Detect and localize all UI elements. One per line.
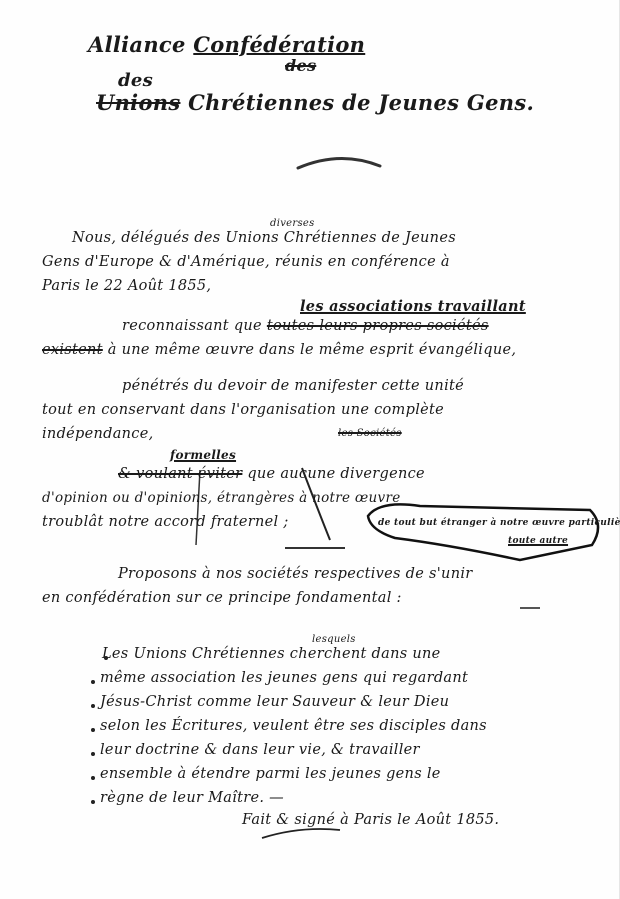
preamble-line-2: Gens d'Europe & d'Amérique, réunis en co… [42,254,450,270]
manuscript-page: Alliance Confédération des des Unions Ch… [0,0,620,899]
preamble-line-3: Paris le 22 Août 1855, [42,278,211,294]
insert-diverses: diverses [270,218,315,229]
basis-line-2: même association les jeunes gens qui reg… [100,670,468,686]
insert-associations: les associations travaillant [300,298,526,315]
duty-line-2: tout en conservant dans l'organisation u… [42,402,444,418]
basis-line-6: ensemble à étendre parmi les jeunes gens… [100,766,441,782]
recognition-struck: toutes leurs propres sociétés [267,318,489,334]
differences-line-1: & voulant éviter que aucune divergence [118,466,425,482]
bullet-dot [91,680,95,684]
margin-note: de tout but étranger à notre œuvre parti… [378,518,620,528]
bullet-dot [91,776,95,780]
duty-line-1: pénétrés du devoir de manifester cette u… [122,378,464,394]
basis-line-5: leur doctrine & dans leur vie, & travail… [100,742,420,758]
bullet-dot [91,800,95,804]
differences-struck: & voulant éviter [118,466,242,482]
recognition-line-1: reconnaissant que toutes leurs propres s… [122,318,489,334]
differences-line-2: d'opinion ou d'opinions, étrangères à no… [42,490,401,506]
bullet-dot [91,728,95,732]
insert-lesquels: lesquels [312,634,356,645]
differences-rest: que aucune divergence [247,466,425,482]
recognition-start: reconnaissant que [122,318,262,334]
basis-line-4: selon les Écritures, veulent être ses di… [100,718,487,734]
recognition-rest: à une même œuvre dans le même esprit éva… [108,342,517,358]
basis-line-1: Les Unions Chrétiennes cherchent dans un… [102,646,441,662]
recognition-line-2: existent à une même œuvre dans le même e… [42,342,516,358]
bullet-dot [91,752,95,756]
insert-les-societes: les Sociétés [338,428,402,439]
proposal-line-2: en confédération sur ce principe fondame… [42,590,402,606]
basis-line-7: règne de leur Maître. — [100,790,284,806]
recognition-existent-struck: existent [42,342,103,358]
preamble-line-1: Nous, délégués des Unions Chrétiennes de… [72,230,456,246]
proposal-line-1: Proposons à nos sociétés respectives de … [118,566,473,582]
differences-line-3: troublât notre accord fraternel ; [42,514,289,530]
duty-line-3: indépendance, [42,426,154,442]
pen-marks [0,0,620,899]
bullet-dot [104,656,108,660]
insert-formelles: formelles [170,448,236,462]
basis-line-3: Jésus-Christ comme leur Sauveur & leur D… [100,694,449,710]
signature-line: Fait & signé à Paris le Août 1855. [242,812,499,828]
bullet-dot [91,704,95,708]
margin-small-note: toute autre [508,536,568,546]
